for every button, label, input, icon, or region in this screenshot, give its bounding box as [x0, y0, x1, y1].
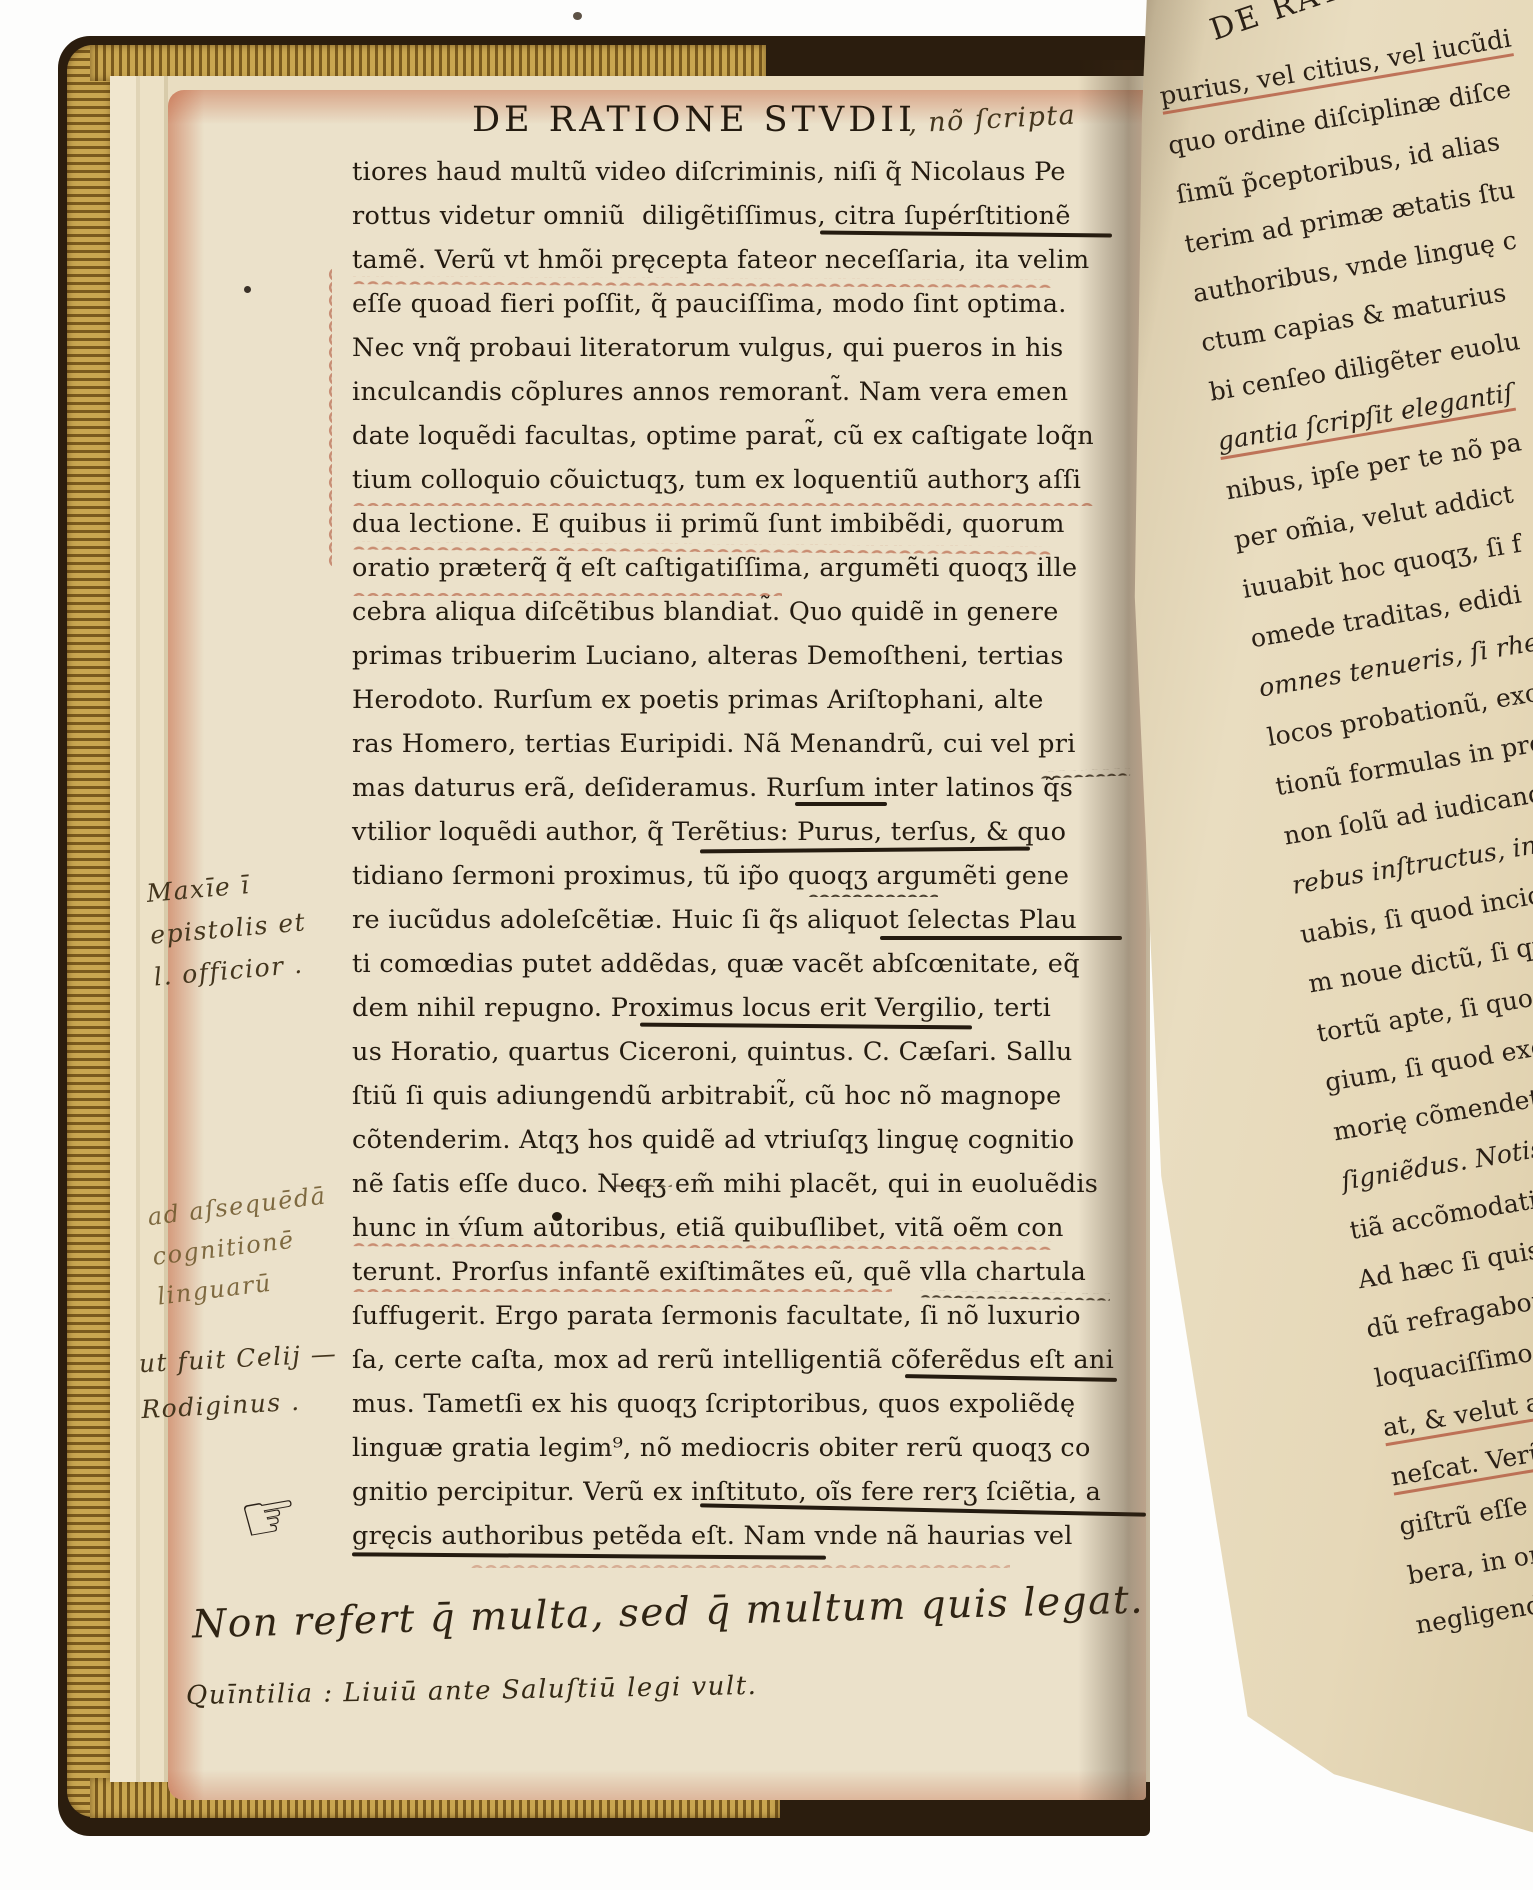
- printed-line: Herodoto. Rurſum ex poetis primas Ariſto…: [352, 678, 1122, 722]
- margin-note-3: ut fuit Celij —Rodiginus .: [138, 1331, 341, 1433]
- printed-line: rottus videtur omniũ diligẽtiſſimus, cit…: [352, 194, 1122, 238]
- printed-line: us Horatio, quartus Ciceroni, quintus. C…: [352, 1030, 1122, 1074]
- wormhole: [552, 1212, 562, 1221]
- margin-note-2: ad aſsequēdācognitionēlinguarū: [145, 1175, 338, 1316]
- ink-speck: [244, 286, 251, 293]
- margin-note-1: Maxīe īepistolis etl. officior .: [145, 859, 312, 998]
- printed-line: primas tribuerim Luciano, alteras Demoſt…: [352, 634, 1122, 678]
- printed-line: mas daturus erã, deſideramus. Rurſum int…: [352, 766, 1122, 810]
- printed-line: ras Homero, tertias Euripidi. Nã Menandr…: [352, 722, 1122, 766]
- printed-line: inculcandis cõplures annos remorant̃. Na…: [352, 370, 1122, 414]
- printed-line: ti comœdias putet addẽdas, quæ vacẽt abſ…: [352, 942, 1122, 986]
- book-photo: DE RATIONE STVDII , nõ ſcripta tiores ha…: [0, 0, 1533, 1890]
- red-crayon-underline: [352, 1284, 892, 1292]
- facing-page-text: DE RATION purius, vel citius, vel iucũdi…: [1148, 0, 1533, 1650]
- printed-line: tiores haud multũ video diſcriminis, niſ…: [352, 150, 1122, 194]
- printed-line: tium colloquio cõuictuqʒ, tum ex loquent…: [352, 458, 1122, 502]
- red-crayon-underline: [352, 498, 1094, 506]
- page-title: DE RATIONE STVDII: [472, 100, 916, 140]
- facing-page: DE RATION purius, vel citius, vel iucũdi…: [1118, 0, 1533, 1890]
- printed-line: tidiano ſermoni proximus, tũ ip̃o quoqʒ …: [352, 854, 1122, 898]
- printed-line: ſtiũ ſi quis adiungendũ arbitrabit̃, cũ …: [352, 1074, 1122, 1118]
- gilt-edge-left: [67, 45, 112, 1817]
- printed-line: gręcis authoribus petẽda eſt. Nam vnde n…: [352, 1514, 1122, 1558]
- printed-line: date loquẽdi facultas, optime parat̃, cũ…: [352, 414, 1122, 458]
- brown-stain-line: [470, 1560, 1010, 1568]
- interlinear-scribble: [808, 890, 938, 897]
- printed-line: nẽ ſatis eſſe duco. Neqʒ em̃ mihi placẽt…: [352, 1162, 1122, 1206]
- facing-page-lines: purius, vel citius, vel iucũdiquo ordine…: [1156, 0, 1533, 1650]
- printed-line: linguæ gratia legim⁹, nõ mediocris obite…: [352, 1426, 1122, 1470]
- interlinear-scribble: [612, 1180, 672, 1187]
- photo-speck: [573, 12, 582, 20]
- printed-line: cõtenderim. Atqʒ hos quidẽ ad vtriuſqʒ l…: [352, 1118, 1122, 1162]
- printed-line: ſuffugerit. Ergo parata ſermonis faculta…: [352, 1294, 1122, 1338]
- printed-line: tamẽ. Verũ vt hmõi pręcepta fateor neceſ…: [352, 238, 1122, 282]
- printed-line: Nec vnq̃ probaui literatorum vulgus, qui…: [352, 326, 1122, 370]
- ink-underline: [795, 802, 887, 806]
- printed-line: eſſe quoad fieri poſſit, q̃ pauciſſima, …: [352, 282, 1122, 326]
- printed-line: cebra aliqua diſcẽtibus blandiat̃. Quo q…: [352, 590, 1122, 634]
- red-margin-zigzag: [324, 268, 332, 568]
- printed-line: dua lectione. E quibus ii primũ ſunt imb…: [352, 502, 1122, 546]
- printed-text-block: tiores haud multũ video diſcriminis, niſ…: [352, 150, 1122, 1558]
- red-crayon-underline: [352, 588, 782, 596]
- printed-line: mus. Tametſi ex his quoqʒ ſcriptoribus, …: [352, 1382, 1122, 1426]
